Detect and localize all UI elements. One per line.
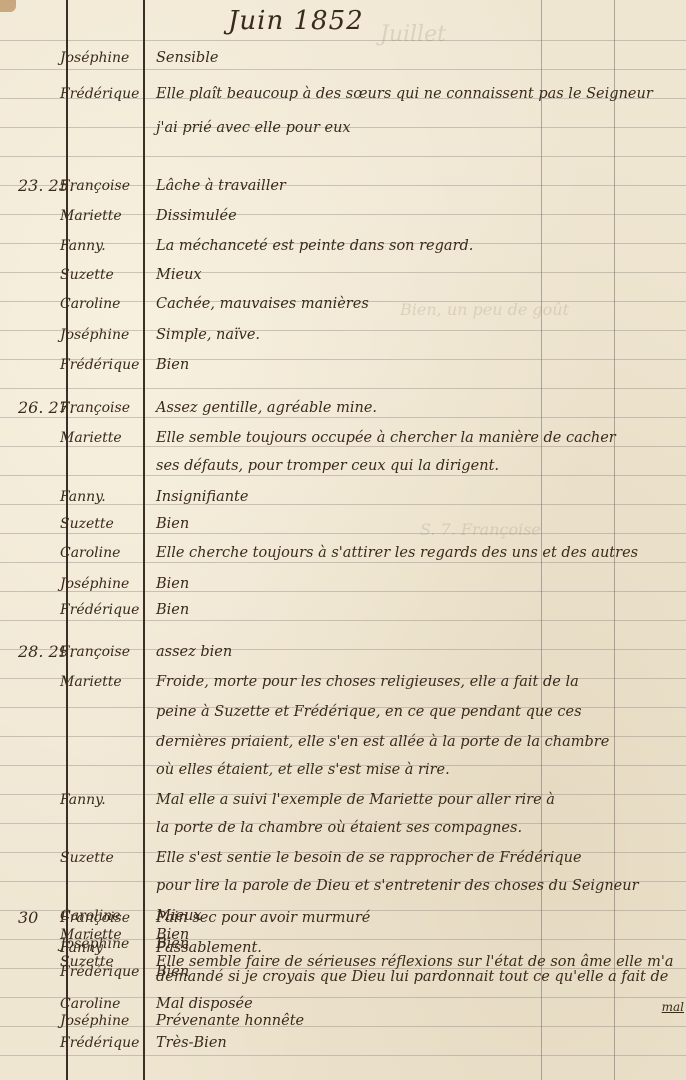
- conduct-note: Simple, naïve.: [156, 327, 260, 343]
- student-name: Caroline: [60, 545, 144, 561]
- conduct-note: Assez gentille, agréable mine.: [156, 400, 377, 416]
- bleed-through-text: S. 7. Françoise: [420, 520, 541, 539]
- student-name: Frédérique: [60, 602, 144, 618]
- conduct-note: Elle cherche toujours à s'attirer les re…: [156, 545, 638, 561]
- conduct-note: La méchanceté est peinte dans son regard…: [156, 238, 473, 254]
- page-corner: [0, 0, 16, 12]
- student-name: Caroline: [60, 296, 144, 312]
- conduct-note: Elle s'est sentie le besoin de se rappro…: [156, 850, 582, 866]
- conduct-note: Elle semble faire de sérieuses réflexion…: [156, 954, 674, 970]
- conduct-note: où elles étaient, et elle s'est mise à r…: [156, 762, 450, 778]
- entry-date: 30: [18, 908, 38, 927]
- ruled-line: [0, 417, 686, 418]
- ruled-line: [0, 446, 686, 447]
- conduct-note: demandé si je croyais que Dieu lui pardo…: [156, 969, 668, 985]
- bleed-through-text: Bien, un peu de goût: [400, 300, 569, 319]
- student-name: Suzette: [60, 267, 144, 283]
- margin-note: mal: [662, 1000, 684, 1014]
- student-name: Frédérique: [60, 1035, 144, 1051]
- conduct-note: Bien: [156, 602, 189, 618]
- conduct-note: peine à Suzette et Frédérique, en ce que…: [156, 704, 582, 720]
- student-name: Joséphine: [60, 50, 144, 66]
- conduct-note: Bien: [156, 357, 189, 373]
- student-name: Mariette: [60, 674, 144, 690]
- ruled-line: [0, 388, 686, 389]
- student-name: Fanny.: [60, 489, 144, 505]
- ruled-line: [0, 156, 686, 157]
- student-name: Suzette: [60, 850, 144, 866]
- student-name: Joséphine: [60, 1013, 144, 1029]
- ruled-line: [0, 475, 686, 476]
- student-name: Frédérique: [60, 357, 144, 373]
- conduct-note: Cachée, mauvaises manières: [156, 296, 369, 312]
- student-name: Fanny.: [60, 792, 144, 808]
- conduct-note: Très-Bien: [156, 1035, 227, 1051]
- student-name: Fanny.: [60, 238, 144, 254]
- column-rule-right-2: [614, 0, 615, 1080]
- conduct-note: Lâche à travailler: [156, 178, 286, 194]
- student-name: Françoise: [60, 400, 144, 416]
- student-name: Frédérique: [60, 86, 144, 102]
- ruled-line: [0, 40, 686, 41]
- conduct-note: Mieux: [156, 267, 202, 283]
- ruled-line: [0, 620, 686, 621]
- bleed-through-text: Juillet: [380, 22, 446, 47]
- conduct-note: Bien: [156, 516, 189, 532]
- conduct-note: pour lire la parole de Dieu et s'entrete…: [156, 878, 639, 894]
- student-name: Joséphine: [60, 327, 144, 343]
- conduct-note: assez bien: [156, 644, 232, 660]
- column-rule-right-1: [541, 0, 542, 1080]
- conduct-note: dernières priaient, elle s'en est allée …: [156, 734, 609, 750]
- ledger-page: Juillet Bien, un peu de goût S. 7. Franç…: [0, 0, 686, 1080]
- conduct-note: ses défauts, pour tromper ceux qui la di…: [156, 458, 499, 474]
- conduct-note: Elle plaît beaucoup à des sœurs qui ne c…: [156, 86, 653, 102]
- conduct-note: Bien: [156, 576, 189, 592]
- student-name: Caroline: [60, 996, 144, 1012]
- student-name: Françoise: [60, 910, 144, 926]
- student-name: Suzette: [60, 954, 144, 970]
- student-name: Mariette: [60, 208, 144, 224]
- conduct-note: Elle semble toujours occupée à chercher …: [156, 430, 616, 446]
- conduct-note: Mal elle a suivi l'exemple de Mariette p…: [156, 792, 555, 808]
- ruled-line: [0, 69, 686, 70]
- student-name: Françoise: [60, 178, 144, 194]
- conduct-note: Froide, morte pour les choses religieuse…: [156, 674, 579, 690]
- student-name: Mariette: [60, 430, 144, 446]
- conduct-note: j'ai prié avec elle pour eux: [156, 120, 351, 136]
- conduct-note: Prévenante honnête: [156, 1013, 304, 1029]
- conduct-note: la porte de la chambre où étaient ses co…: [156, 820, 522, 836]
- page-title: Juin 1852: [228, 6, 364, 36]
- student-name: Suzette: [60, 516, 144, 532]
- ruled-line: [0, 562, 686, 563]
- conduct-note: Pain sec pour avoir murmuré: [156, 910, 370, 926]
- conduct-note: Mal disposée: [156, 996, 253, 1012]
- conduct-note: Dissimulée: [156, 208, 237, 224]
- ruled-line: [0, 1055, 686, 1056]
- conduct-note: Insignifiante: [156, 489, 248, 505]
- conduct-note: Sensible: [156, 50, 218, 66]
- ruled-line: [0, 533, 686, 534]
- student-name: Françoise: [60, 644, 144, 660]
- student-name: Joséphine: [60, 576, 144, 592]
